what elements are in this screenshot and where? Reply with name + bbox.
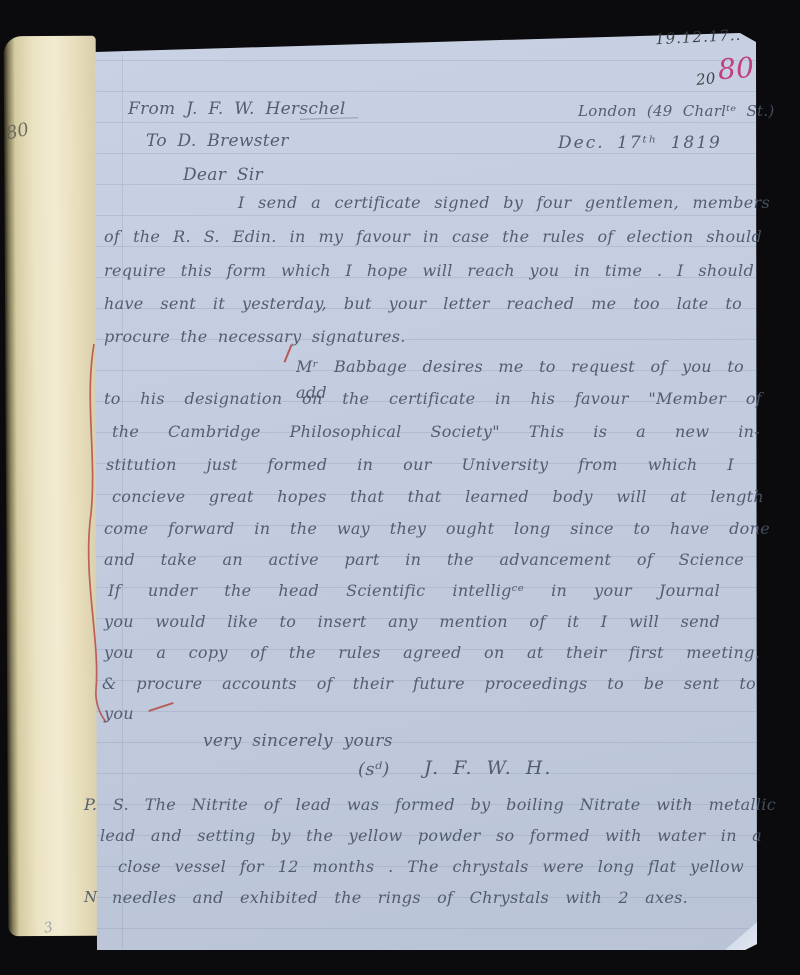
handwriting-line: procure the necessary signatures. [104, 324, 406, 350]
letter-to-line: To D. Brewster [146, 128, 289, 154]
postscript-line: lead and setting by the yellow powder so… [100, 823, 762, 849]
page-corner-fold [725, 922, 757, 950]
margin-initial: N [84, 884, 97, 910]
handwriting-line: stitution just formed in our University … [106, 452, 734, 478]
signature-sd: (sᵈ) [358, 757, 390, 783]
handwriting-line: If under the head Scientific intelligᶜᵉ … [108, 578, 720, 604]
handwriting-line: of the R. S. Edin. in my favour in case … [104, 224, 762, 250]
letter-date-line: Dec. 17ᵗʰ 1819 [558, 130, 722, 156]
handwriting-line: have sent it yesterday, but your letter … [104, 291, 742, 317]
handwriting-line: the Cambridge Philosophical Society" Thi… [112, 419, 760, 445]
folio-number-pink: 80 [717, 55, 755, 83]
handwriting-line: & procure accounts of their future proce… [102, 671, 756, 697]
photographed-manuscript-letter: 80 19.12.17.. 20 80 3 From J. F. W. Hers… [0, 0, 800, 975]
postscript-line: needles and exhibited the rings of Chrys… [112, 885, 688, 911]
archive-date-code: 19.12.17.. [654, 22, 742, 52]
red-margin-line [80, 342, 114, 726]
archive-pencil-number: 20 [695, 65, 717, 93]
postscript-line: P. S. The Nitrite of lead was formed by … [84, 792, 776, 818]
postscript-line: close vessel for 12 months . The chrysta… [118, 854, 744, 880]
handwriting-line: come forward in the way they ought long … [104, 516, 770, 542]
letter-closing: very sincerely yours [203, 728, 393, 754]
letter-salutation: Dear Sir [183, 162, 263, 188]
handwriting-line: I send a certificate signed by four gent… [238, 190, 770, 216]
letter-address-line: London (49 Charlᵗᵉ St.) [578, 98, 775, 124]
handwriting-line: you a copy of the rules agreed on at the… [104, 640, 760, 666]
handwriting-line: concieve great hopes that that learned b… [112, 484, 764, 510]
handwriting-line: require this form which I hope will reac… [104, 258, 754, 284]
handwriting-line: and take an active part in the advanceme… [104, 547, 744, 573]
handwriting-line: to his designation on the certificate in… [104, 386, 762, 412]
handwriting-line: you would like to insert any mention of … [104, 609, 720, 635]
spine-folio-number: 80 [4, 120, 31, 144]
signature-initials: J. F. W. H. [424, 755, 552, 781]
